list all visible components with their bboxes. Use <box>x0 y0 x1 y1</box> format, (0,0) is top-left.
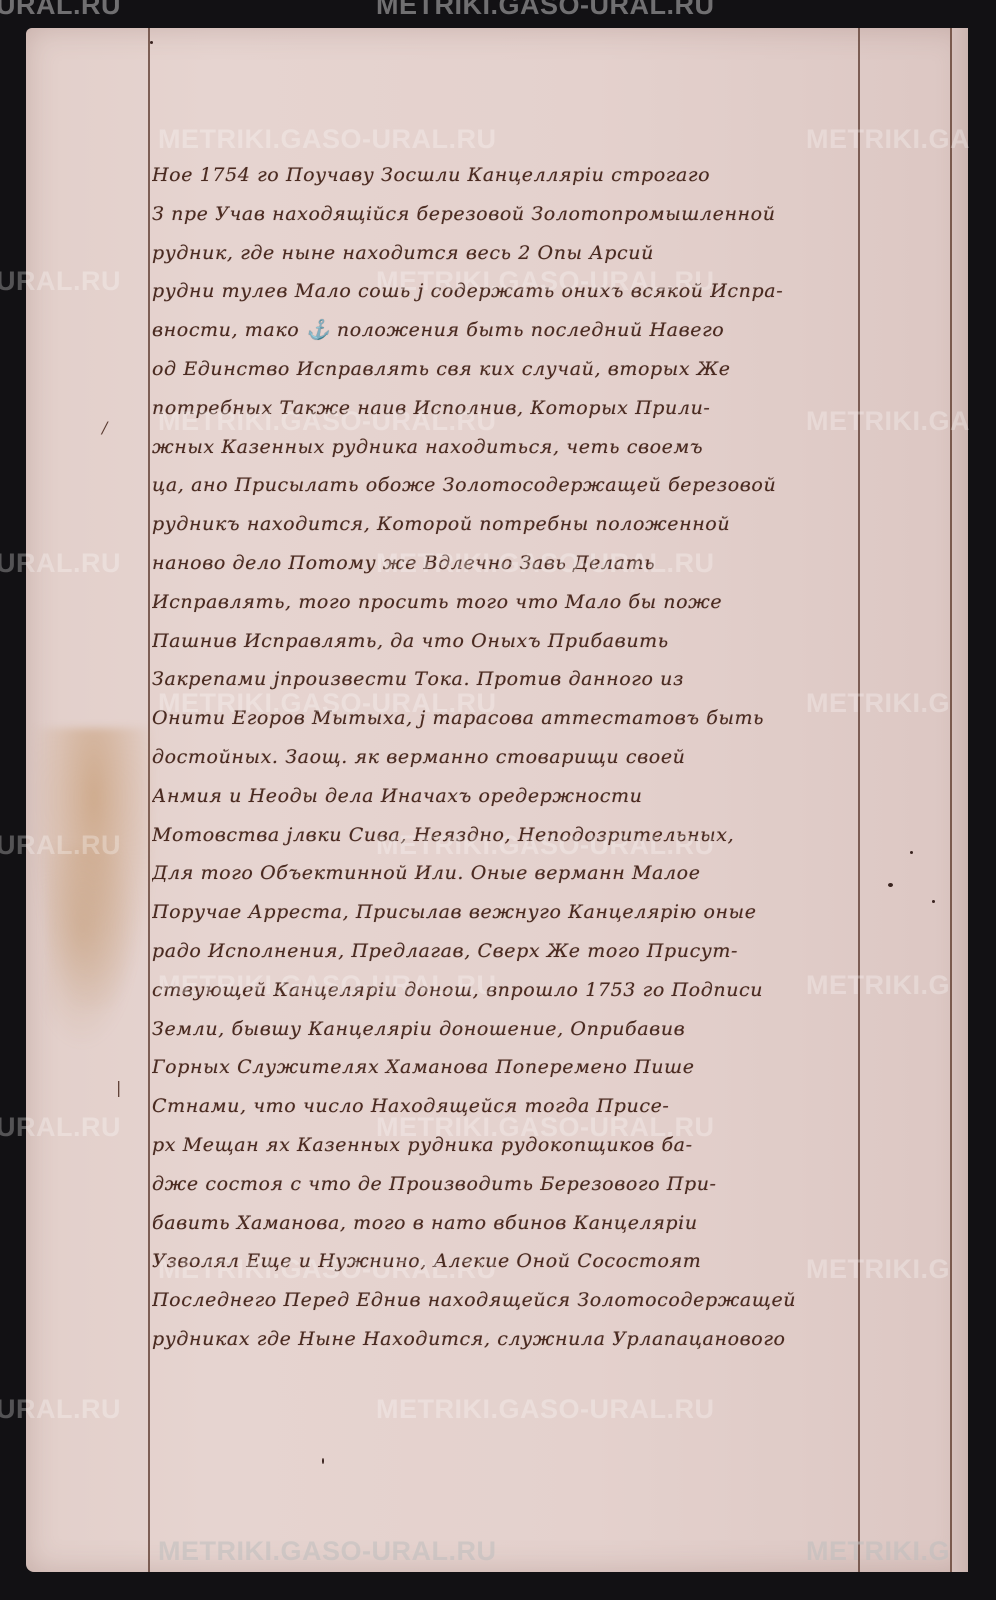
margin-tick: / <box>102 418 107 437</box>
ink-speck <box>888 883 893 887</box>
text-line: жных Казенных рудника находиться, четь с… <box>152 428 872 467</box>
text-line: Узволял Еще и Нужнино, Алекие Оной Сосос… <box>152 1242 872 1281</box>
ink-speck <box>322 1458 324 1464</box>
margin-tick: | <box>116 1078 121 1097</box>
page-edge <box>950 28 968 1572</box>
text-line: Ное 1754 го Поучаву Зосшли Канцеллярiи с… <box>152 156 872 195</box>
water-stain-secondary <box>46 848 136 1048</box>
text-line: радо Исполнения, Предлагав, Сверх Же тог… <box>152 932 872 971</box>
text-line: З пре Учав находящiйся березовой Золотоп… <box>152 195 872 234</box>
ink-speck <box>150 41 153 44</box>
text-line: ствующей Канцелярiи донош, впрошло 1753 … <box>152 971 872 1010</box>
text-line: Исправлять, того просить того что Мало б… <box>152 583 872 622</box>
text-line: Онити Егоров Мытыха, j тарасова аттестат… <box>152 699 872 738</box>
text-line: достойных. Заощ. як верманно стоварищи с… <box>152 738 872 777</box>
text-line: наново дело Потому же Вдлечно Завь Делат… <box>152 544 872 583</box>
text-line: Последнего Перед Еднив находящейся Золот… <box>152 1281 872 1320</box>
text-line: Для того Объектинной Или. Оные верманн М… <box>152 854 872 893</box>
text-line: Пашнив Исправлять, да что Оныхъ Прибавит… <box>152 622 872 661</box>
text-line: Анмия и Неоды дела Иначахъ оредержности <box>152 777 872 816</box>
text-line: ца, ано Присылать обоже Золотосодержащей… <box>152 466 872 505</box>
text-line: Мотовства jлвки Сива, Неяздно, Неподозри… <box>152 816 872 855</box>
text-line: рудни тулев Мало сошь j содержать онихъ … <box>152 272 872 311</box>
text-line: потребных Также наив Исполнив, Которых П… <box>152 389 872 428</box>
ink-speck <box>910 851 913 854</box>
manuscript-page: / | Ное 1754 го Поучаву Зосшли Канцелляр… <box>26 28 968 1572</box>
handwritten-text: Ное 1754 го Поучаву Зосшли Канцеллярiи с… <box>152 156 872 1359</box>
text-line: рудникъ находится, Которой потребны поло… <box>152 505 872 544</box>
text-line: рудниках где Ныне Находится, служнила Ур… <box>152 1320 872 1359</box>
watermark: METRIKI.GASO-URAL.RU <box>376 0 714 21</box>
text-line: Поручае Арреста, Присылав вежнуго Канцел… <box>152 893 872 932</box>
text-line: рх Мещан ях Казенных рудника рудокопщико… <box>152 1126 872 1165</box>
text-line: Стнами, что число Находящейся тогда Прис… <box>152 1087 872 1126</box>
text-line: Горных Служителях Хаманова Поперемено Пи… <box>152 1048 872 1087</box>
ink-speck <box>932 900 935 903</box>
text-line: Земли, бывшу Канцелярiи доношение, Оприб… <box>152 1010 872 1049</box>
text-line: вности, тако ⚓ положения быть последний … <box>152 311 872 350</box>
text-line: дже состоя с что де Производить Березово… <box>152 1165 872 1204</box>
text-line: од Единство Исправлять свя ких случай, в… <box>152 350 872 389</box>
text-line: бавить Хаманова, того в нато вбинов Канц… <box>152 1204 872 1243</box>
watermark: URAL.RU <box>0 0 121 21</box>
text-line: Закрепами jпроизвести Тока. Против данно… <box>152 660 872 699</box>
text-line: рудник, где ныне находится весь 2 Опы Ар… <box>152 234 872 273</box>
